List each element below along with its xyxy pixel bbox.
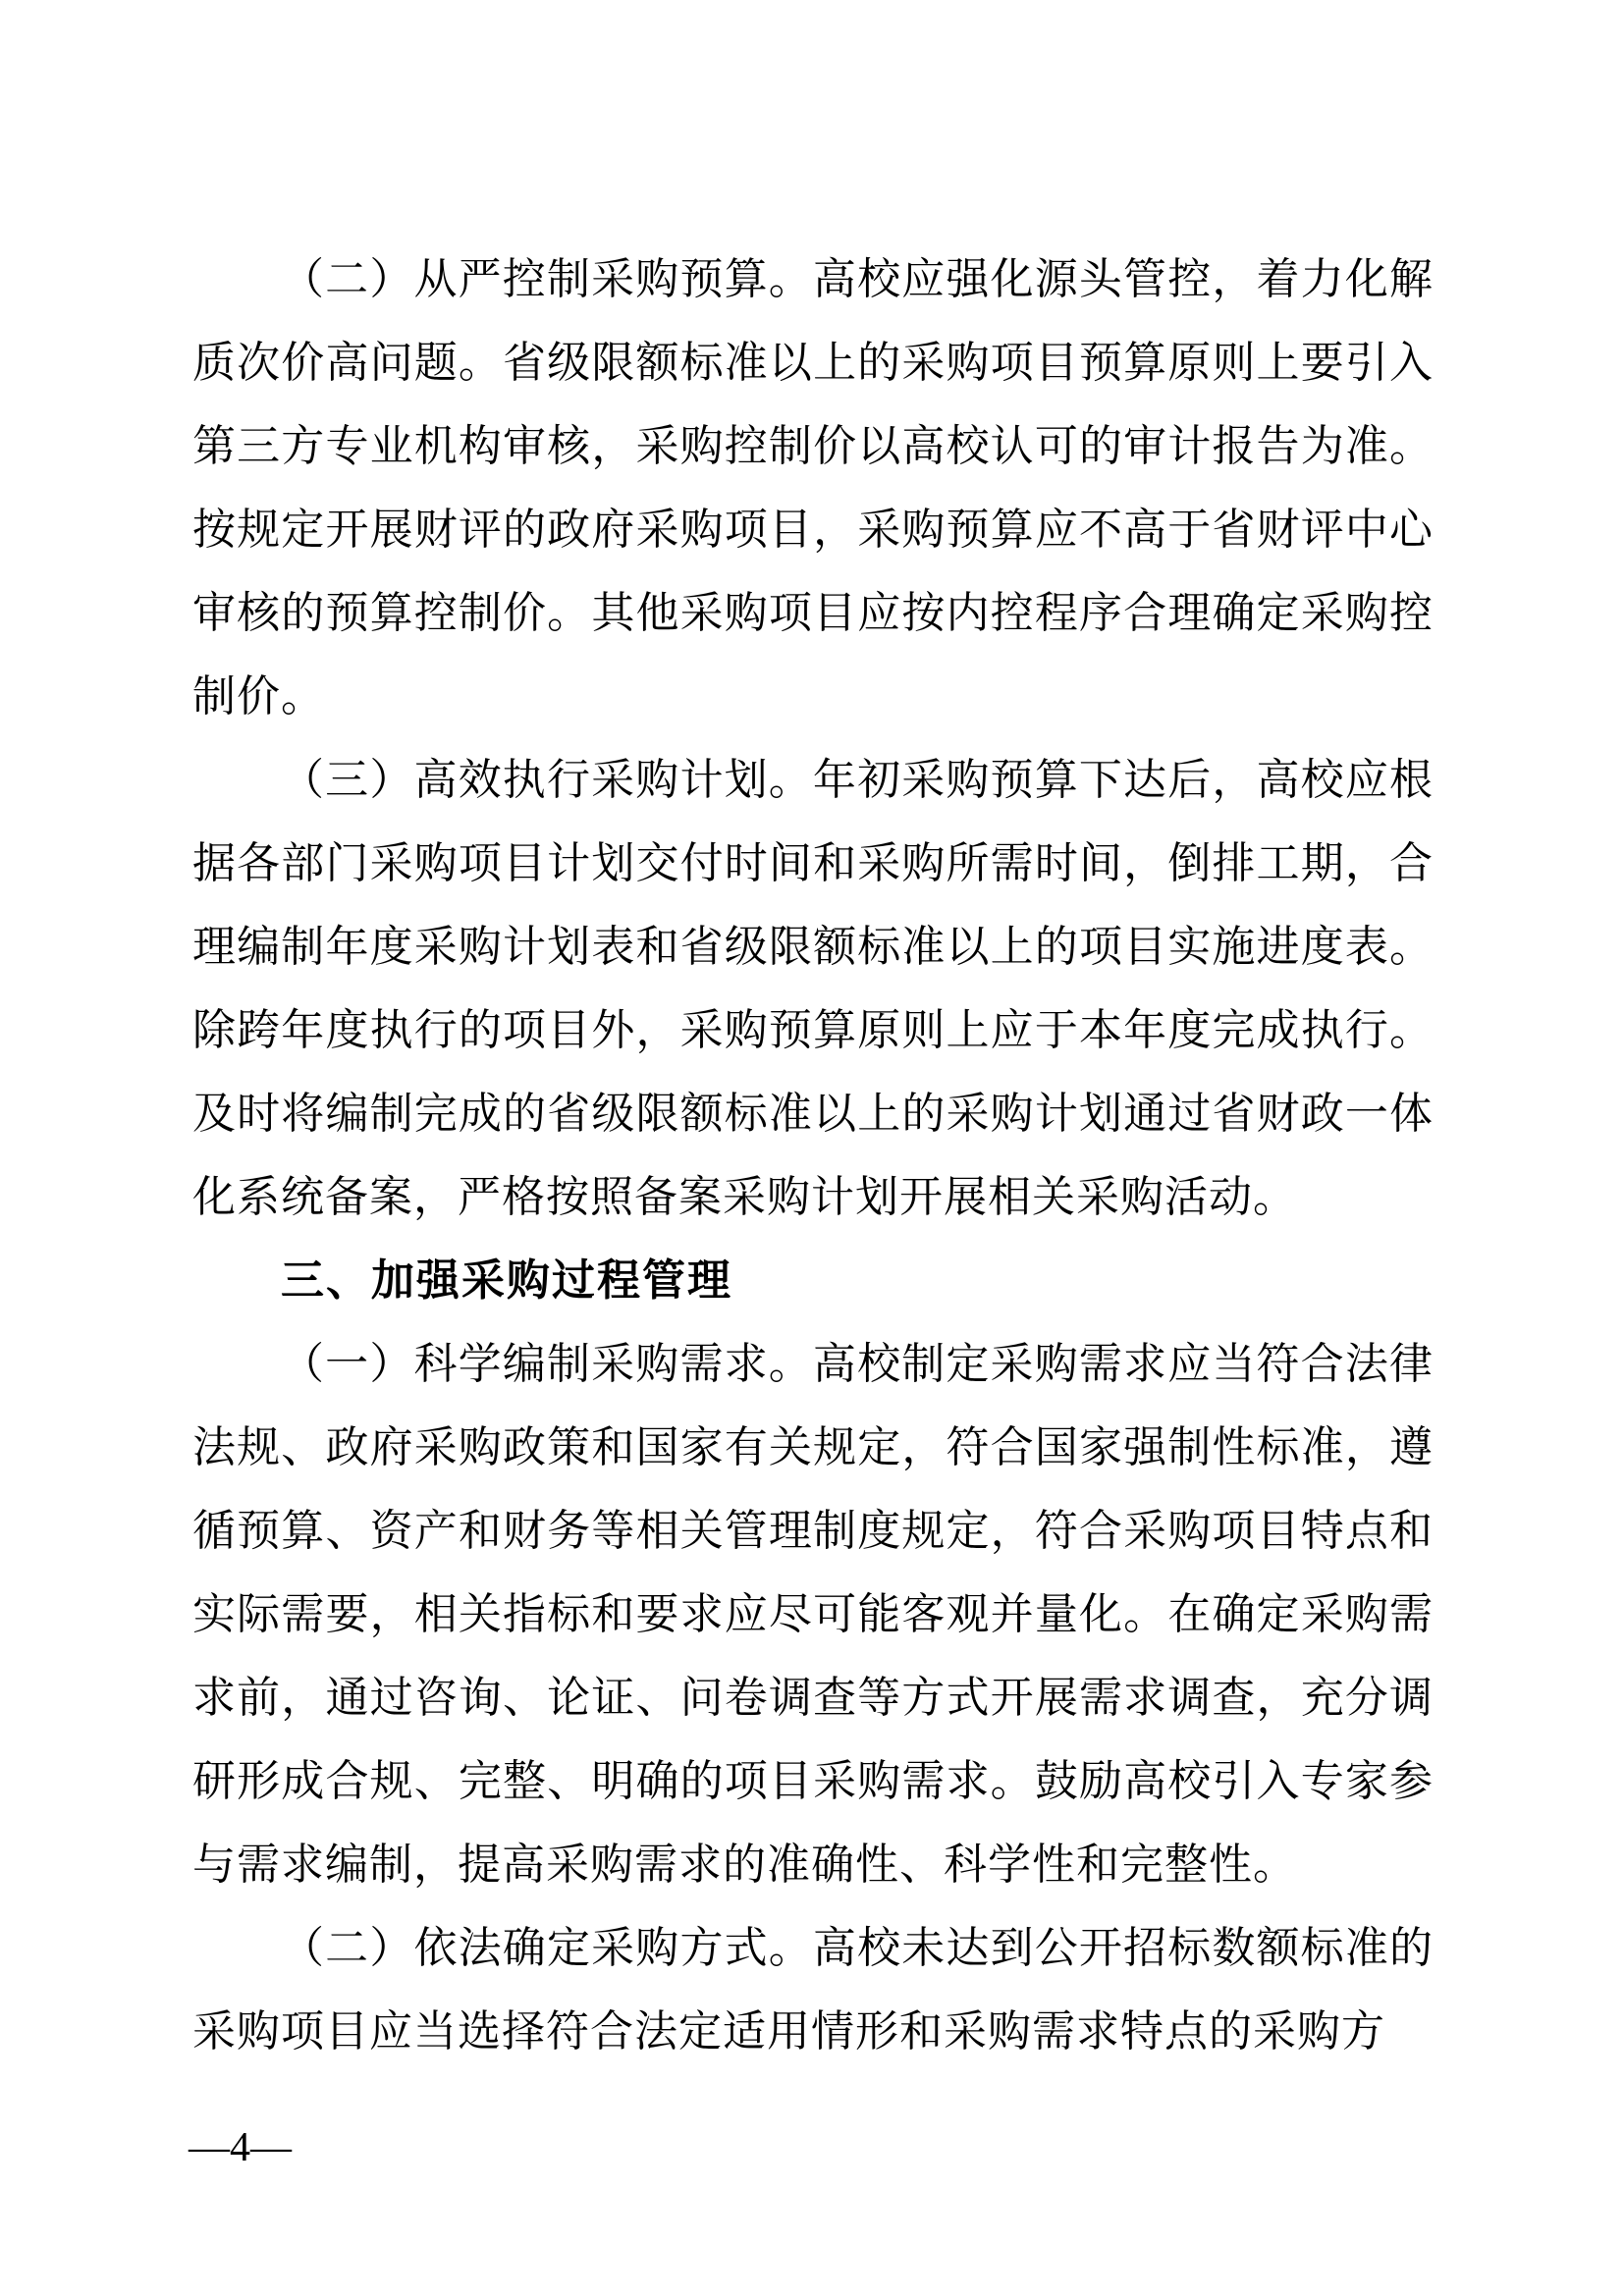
paragraph-demand-preparation: （一）科学编制采购需求。高校制定采购需求应当符合法律法规、政府采购政策和国家有关… [192,1322,1434,1906]
paragraph-lead: （三）高效执行采购计划。 [281,756,813,804]
section-heading: 三、加强采购过程管理 [192,1239,1434,1322]
document-page: （二）从严控制采购预算。高校应强化源头管控，着力化解质次价高问题。省级限额标准以… [0,0,1624,2296]
paragraph-lead: （一）科学编制采购需求。 [281,1340,813,1388]
page-number: —4— [189,2123,292,2172]
paragraph-text: 年初采购预算下达后，高校应根据各部门采购项目计划交付时间和采购所需时间，倒排工期… [192,756,1434,1221]
paragraph-text: 高校制定采购需求应当符合法律法规、政府采购政策和国家有关规定，符合国家强制性标准… [192,1340,1434,1889]
paragraph-lead: （二）依法确定采购方式。 [281,1924,813,1972]
paragraph-budget-control: （二）从严控制采购预算。高校应强化源头管控，着力化解质次价高问题。省级限额标准以… [192,238,1434,738]
paragraph-plan-execution: （三）高效执行采购计划。年初采购预算下达后，高校应根据各部门采购项目计划交付时间… [192,738,1434,1239]
paragraph-lead: （二）从严控制采购预算。 [281,255,813,303]
paragraph-text: 高校应强化源头管控，着力化解质次价高问题。省级限额标准以上的采购项目预算原则上要… [192,255,1434,721]
document-body: （二）从严控制采购预算。高校应强化源头管控，着力化解质次价高问题。省级限额标准以… [192,238,1434,2073]
paragraph-method-selection: （二）依法确定采购方式。高校未达到公开招标数额标准的采购项目应当选择符合法定适用… [192,1906,1434,2073]
